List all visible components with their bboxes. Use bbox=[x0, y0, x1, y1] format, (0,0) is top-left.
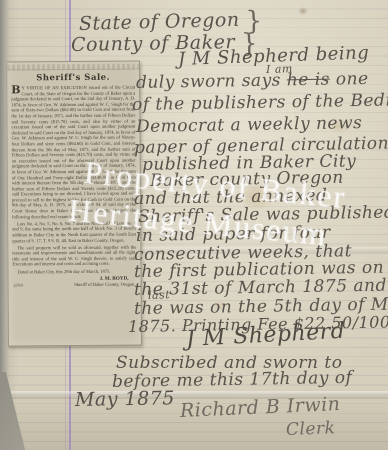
handwriting-insertion: I am bbox=[266, 62, 293, 76]
newspaper-clipping: Sheriff's Sale. BY VIRTUE OF AN EXECUTIO… bbox=[6, 61, 142, 347]
clipping-paragraph: The said property will be sold as afores… bbox=[12, 244, 136, 267]
clerk-title: Clerk bbox=[286, 418, 336, 440]
handwriting-insertion: last bbox=[148, 288, 171, 302]
handwriting-line: Democrat a weekly news bbox=[136, 113, 363, 137]
printer-mark: p28d1 bbox=[14, 282, 24, 287]
drop-cap: B bbox=[11, 85, 21, 95]
clipping-paragraph: BY VIRTUE OF AN EXECUTION issued out of … bbox=[11, 85, 136, 220]
clipping-cut-edge bbox=[7, 64, 139, 71]
handwriting-line: duly sworn says he is one bbox=[136, 69, 369, 93]
bottom-left-fold bbox=[0, 372, 42, 450]
scanned-affidavit-page: State of Oregon} County of Baker} J M Sh… bbox=[0, 0, 388, 450]
handwriting-line: of the publishers of the Bedrock bbox=[132, 90, 388, 115]
sheriff-title: Sheriff of Baker County, Oregon. bbox=[74, 281, 135, 286]
clipping-title: Sheriff's Sale. bbox=[11, 72, 135, 86]
paper-stain bbox=[298, 7, 308, 15]
attestation-line: May 1875 bbox=[75, 387, 175, 411]
clipping-body: BY VIRTUE OF AN EXECUTION issued out of … bbox=[11, 85, 136, 275]
clipping-paragraph: Dated at Baker City, this 29th day of Ma… bbox=[12, 268, 136, 274]
clipping-paragraph: Lots No. 4, No. 5, No. 6, No. 7 and the … bbox=[12, 220, 136, 243]
sheriff-title-line: p28d1 Sheriff of Baker County, Oregon. bbox=[13, 281, 137, 287]
struck-words: he is bbox=[287, 70, 330, 91]
